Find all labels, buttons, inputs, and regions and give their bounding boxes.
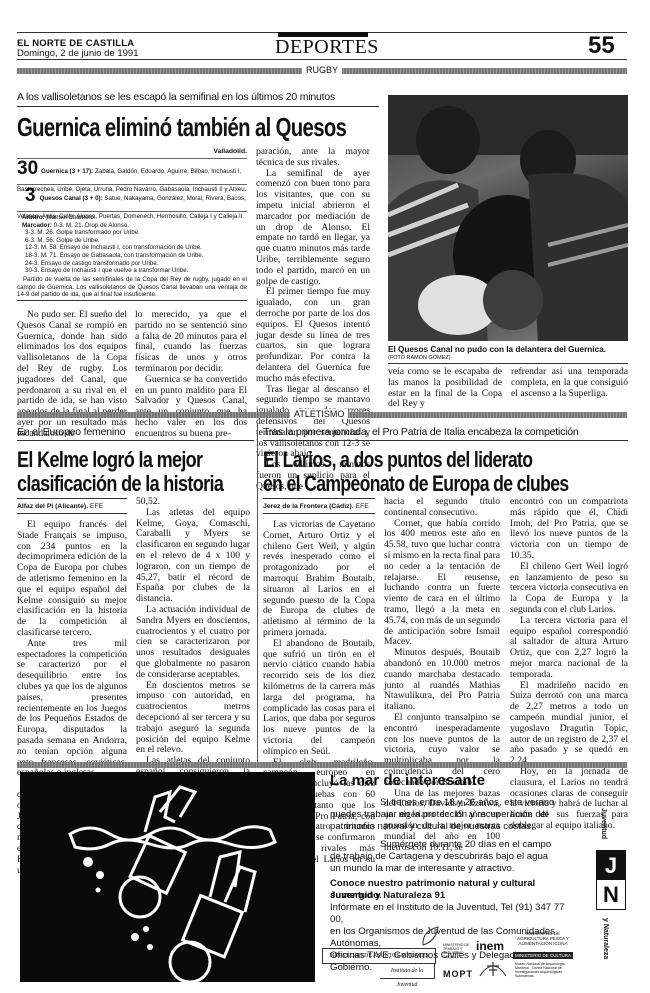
- detail-line: 18-3. M. 71. Ensayo de Gabasaola, con tr…: [22, 252, 247, 260]
- ministerio-trabajo-label: MINISTERIO DE TRABAJO Y SEGURIDAD SOCIAL: [443, 943, 473, 959]
- rugby-photo: [388, 95, 628, 341]
- rugby-kicker: A los vallisoletanos se les escapó la se…: [17, 91, 372, 103]
- kelme-dateline: Alfaz del Pi (Alicante). EFE: [17, 503, 103, 510]
- kelme-dateline-bottom-rule: [17, 513, 127, 514]
- rugby-band-label: RUGBY: [302, 65, 342, 75]
- score-quesos: 3: [25, 187, 36, 205]
- naturaleza-side-label: y Naturaleza: [602, 918, 609, 959]
- atletismo-band-label: ATLETISMO: [290, 409, 348, 419]
- scoreboard-divider: [17, 184, 247, 185]
- jn-logo: J N: [596, 850, 626, 910]
- rugby-column-2: lo merecido, ya que el partido no se sen…: [135, 310, 247, 440]
- ad-top-band: [17, 762, 627, 768]
- scoreboard-bottom-rule: [17, 211, 247, 212]
- photo-credit: (FOTO RAMÓN GÓMEZ): [388, 355, 451, 361]
- team-guernica: Guernica (3 + 17):: [41, 168, 93, 175]
- detail-line: Arbitro: Manuel Chamero.: [22, 214, 247, 222]
- ministry-asuntos-sociales-logo: MINISTERIO DE ASUNTOS SOCIALES: [322, 948, 436, 964]
- detail-line: 24-3. Ensayo de castigo transformado por…: [22, 260, 247, 268]
- instituto-juventud-logo: Instituto de la Juventud: [380, 964, 435, 979]
- divers-illustration: [20, 772, 315, 982]
- masthead-bottom-rule: [17, 59, 627, 60]
- kelme-kicker-rule: [17, 440, 254, 441]
- rugby-dateline: Valladolid.: [17, 148, 247, 155]
- detail-line: 3-3. M. 26. Golpe transformado por Uribe…: [22, 229, 247, 237]
- jn-logo-j: J: [597, 851, 625, 880]
- ad-bold-line-2: Juventud y Naturaleza 91: [330, 890, 445, 902]
- ministerio-cultura-logo: MINISTERIO DE CULTURA: [513, 952, 573, 959]
- column-divider: [257, 423, 258, 763]
- rugby-kicker-rule: [17, 106, 379, 107]
- rugby-column-5: refrendar así una temporada completa, en…: [511, 367, 628, 399]
- photo-caption: El Quesos Canal no pudo con la delantera…: [388, 345, 628, 354]
- jn-logo-n: N: [597, 880, 625, 909]
- kelme-dateline-rule: [17, 498, 127, 499]
- ad-illustration: [20, 772, 315, 982]
- section-title: DEPORTES: [275, 36, 379, 59]
- details-bottom-rule: [17, 300, 247, 301]
- cultura-sublabel: Museo Nacional de Arqueología Marítima ·…: [515, 962, 573, 978]
- larios-kicker-rule: [263, 440, 628, 441]
- tree-icon: [478, 956, 508, 983]
- rugby-headline: Guernica eliminó también al Quesos: [17, 112, 346, 143]
- juventud-side-label: Juventud: [600, 808, 607, 839]
- ad-title: La mar de interesante: [330, 772, 485, 789]
- kelme-kicker: En el Europeo femenino: [17, 426, 125, 438]
- detail-line: 6-3. M. 56. Golpe de Uribe.: [22, 237, 247, 245]
- ad-paragraph-1: Si tienes entre 18 y 26 años, este veran…: [330, 797, 560, 833]
- inem-logo: inem: [476, 939, 504, 953]
- issue-date: Domingo, 2 de junio de 1991: [17, 48, 138, 59]
- score-guernica: 30: [17, 160, 38, 178]
- larios-dateline-bottom-rule: [263, 513, 375, 514]
- page-number: 55: [588, 32, 615, 60]
- rugby-column-1: No pudo ser. El sueño del Quesos Canal s…: [17, 310, 127, 440]
- match-details: Arbitro: Manuel Chamero. Marcador: 0-3. …: [22, 214, 247, 275]
- detail-line: 12-3. M. 58. Ensayo de Inchausti I, con …: [22, 244, 247, 252]
- scoreboard-rule: [17, 158, 247, 159]
- larios-dateline-rule: [263, 498, 375, 499]
- larios-headline: El Larios, a dos puntos del liderato en …: [263, 448, 569, 496]
- ad-paragraph-2: Sumérgete durante 20 días en el campo de…: [330, 839, 560, 875]
- rugby-players-image: [388, 95, 628, 341]
- kelme-headline: El Kelme logró la mejor clasificación de…: [17, 448, 223, 496]
- larios-dateline: Jerez de la Frontera (Cádiz). EFE: [263, 503, 369, 510]
- rugby-column-4: veía como se le escapaba de las manos la…: [388, 367, 502, 410]
- team-quesos: Quesos Canal (3 + 0):: [40, 195, 103, 202]
- ministerio-agricultura-label: MINISTERIO DE AGRICULTURA PESCA Y ALIMEN…: [513, 931, 573, 946]
- detail-line: 30-3. Ensayo de Inchausti I que vuelve a…: [22, 267, 247, 275]
- larios-kicker: Tras la primera jornada, el Pro Patria d…: [263, 426, 579, 438]
- match-summary: Partido de vuelta de las semifinales de …: [17, 276, 247, 299]
- detail-line: Marcador: 0-3. M. 21. Drop de Alonso.: [22, 222, 247, 230]
- larios-column-3: encontró con un compatriota más rápido q…: [510, 497, 628, 832]
- mopt-logo: MOPT: [443, 969, 473, 979]
- caption-rule: [388, 363, 628, 364]
